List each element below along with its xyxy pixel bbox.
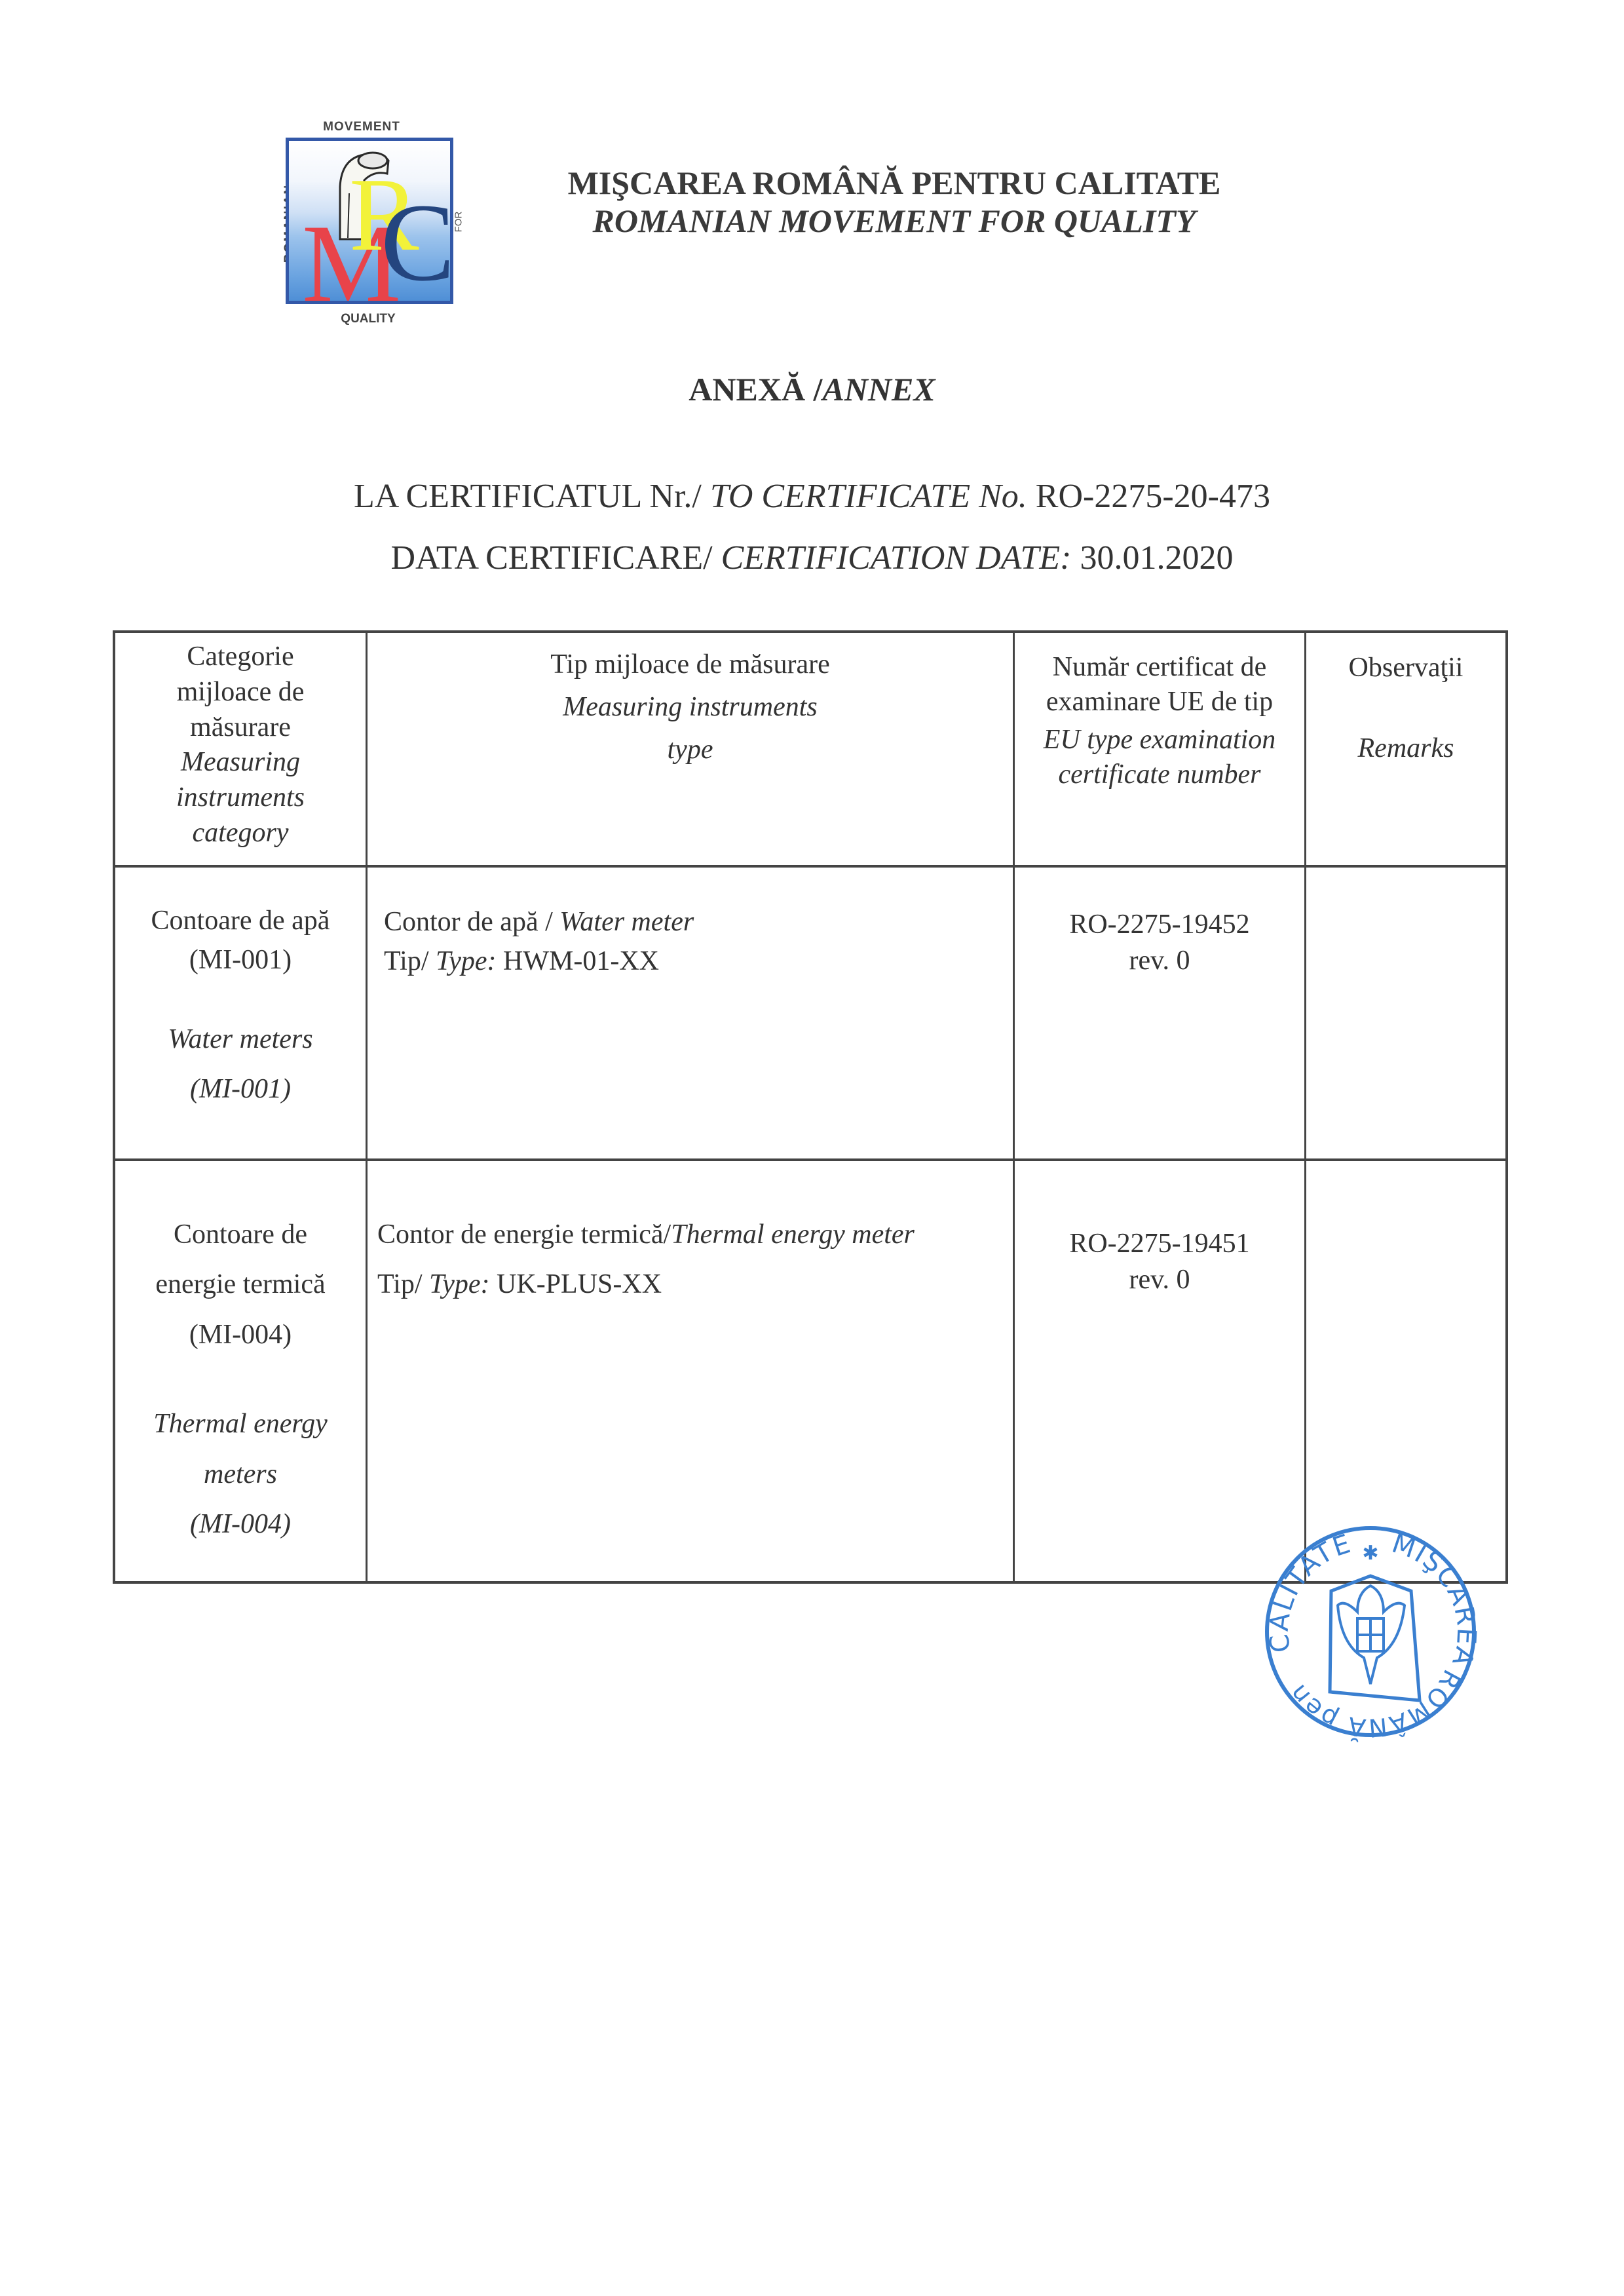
seal-icon: ✱ CALITATE MIŞCAREA ROMÂNĂ pentru [1259,1520,1482,1743]
svg-text:✱: ✱ [1362,1542,1378,1565]
logo-top-text: MOVEMENT [296,120,427,134]
table-row-1-certificate: RO-2275-19452 rev. 0 [1015,907,1304,980]
organization-name-ro: MIŞCAREA ROMÂNĂ PENTRU CALITATE [518,164,1271,202]
column-divider [1304,633,1306,1581]
type-value: UK-PLUS-XX [497,1269,662,1299]
header-category: Categorie mijloace de măsurare Measuring… [115,640,366,851]
table-row-2-certificate: RO-2275-19451 rev. 0 [1015,1226,1304,1299]
table-row-2-category: Contoare de energie termică (MI-004) The… [115,1210,366,1550]
logo-letter-c: C [381,179,453,304]
certificate-label-en: TO CERTIFICATE No. [710,478,1027,515]
certificate-number: RO-2275-20-473 [1036,478,1270,515]
stamp-text-right: MIŞCAREA [1388,1529,1481,1671]
certificate-label-ro: LA CERTIFICATUL Nr./ [354,478,702,515]
row-divider [115,1158,1505,1161]
column-divider [366,633,368,1581]
annex-title-en: ANNEX [822,371,935,408]
annex-title-ro: ANEXĂ / [689,371,822,408]
instruments-table: Categorie mijloace de măsurare Measuring… [113,630,1508,1584]
certification-date: 30.01.2020 [1080,539,1234,577]
organization-name-en: ROMANIAN MOVEMENT FOR QUALITY [518,202,1271,240]
table-row-1-category: Contoare de apă (MI-001) Water meters (M… [115,902,366,1109]
svg-text:MIŞCAREA: MIŞCAREA [1388,1529,1481,1671]
date-label-ro: DATA CERTIFICARE/ [391,539,713,577]
header-instrument-type: Tip mijloace de măsurare Measuring instr… [368,643,1013,771]
eagle-coat-of-arms-icon [1338,1586,1405,1684]
official-stamp: ✱ CALITATE MIŞCAREA ROMÂNĂ pentru [1259,1520,1482,1743]
table-row-1-instrument: Contor de apă / Water meter Tip/ Type: H… [384,903,1006,981]
logo-bottom-text: QUALITY [309,312,427,326]
header-certificate-number: Număr certificat de examinare UE de tip … [1015,650,1304,792]
logo-emblem: M R C [286,138,453,304]
table-row-2-instrument: Contor de energie termică/Thermal energy… [377,1210,1006,1310]
date-label-en: CERTIFICATION DATE: [721,539,1072,577]
header-remarks: Observaţii Remarks [1306,650,1505,767]
annex-title: ANEXĂ /ANNEX [0,370,1624,408]
logo-right-text: FOR [453,196,464,248]
row-divider [115,865,1505,868]
certification-date-line: DATA CERTIFICARE/ CERTIFICATION DATE: 30… [0,539,1624,577]
type-value: HWM-01-XX [503,946,659,976]
certificate-number-line: LA CERTIFICATUL Nr./ TO CERTIFICATE No. … [0,477,1624,516]
